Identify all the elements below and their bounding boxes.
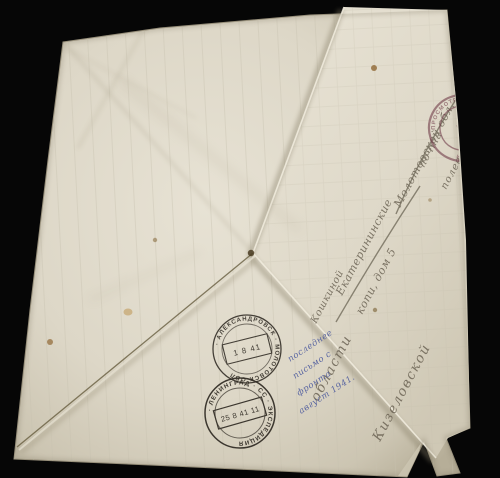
rust-left-edge [6, 398, 14, 406]
stain-mid-left [153, 238, 157, 242]
stain-top-right [371, 65, 377, 71]
stain-top-left [117, 28, 122, 33]
photo-of-envelope: почта полевая Молотовской обл. Екатерини… [0, 0, 500, 478]
postmark-lower: · ЛЕНИНГРАД · СС · ЭКСПЕДИЦИЯ 25 8 41 11 [205, 378, 275, 448]
stain-left-edge [47, 339, 53, 345]
stain-flap [373, 308, 377, 312]
envelope-scene: почта полевая Молотовской обл. Екатерини… [0, 0, 500, 478]
stain-lower-left [124, 309, 133, 316]
stain-flap-2 [428, 198, 432, 202]
stain-center-dot [248, 250, 254, 256]
